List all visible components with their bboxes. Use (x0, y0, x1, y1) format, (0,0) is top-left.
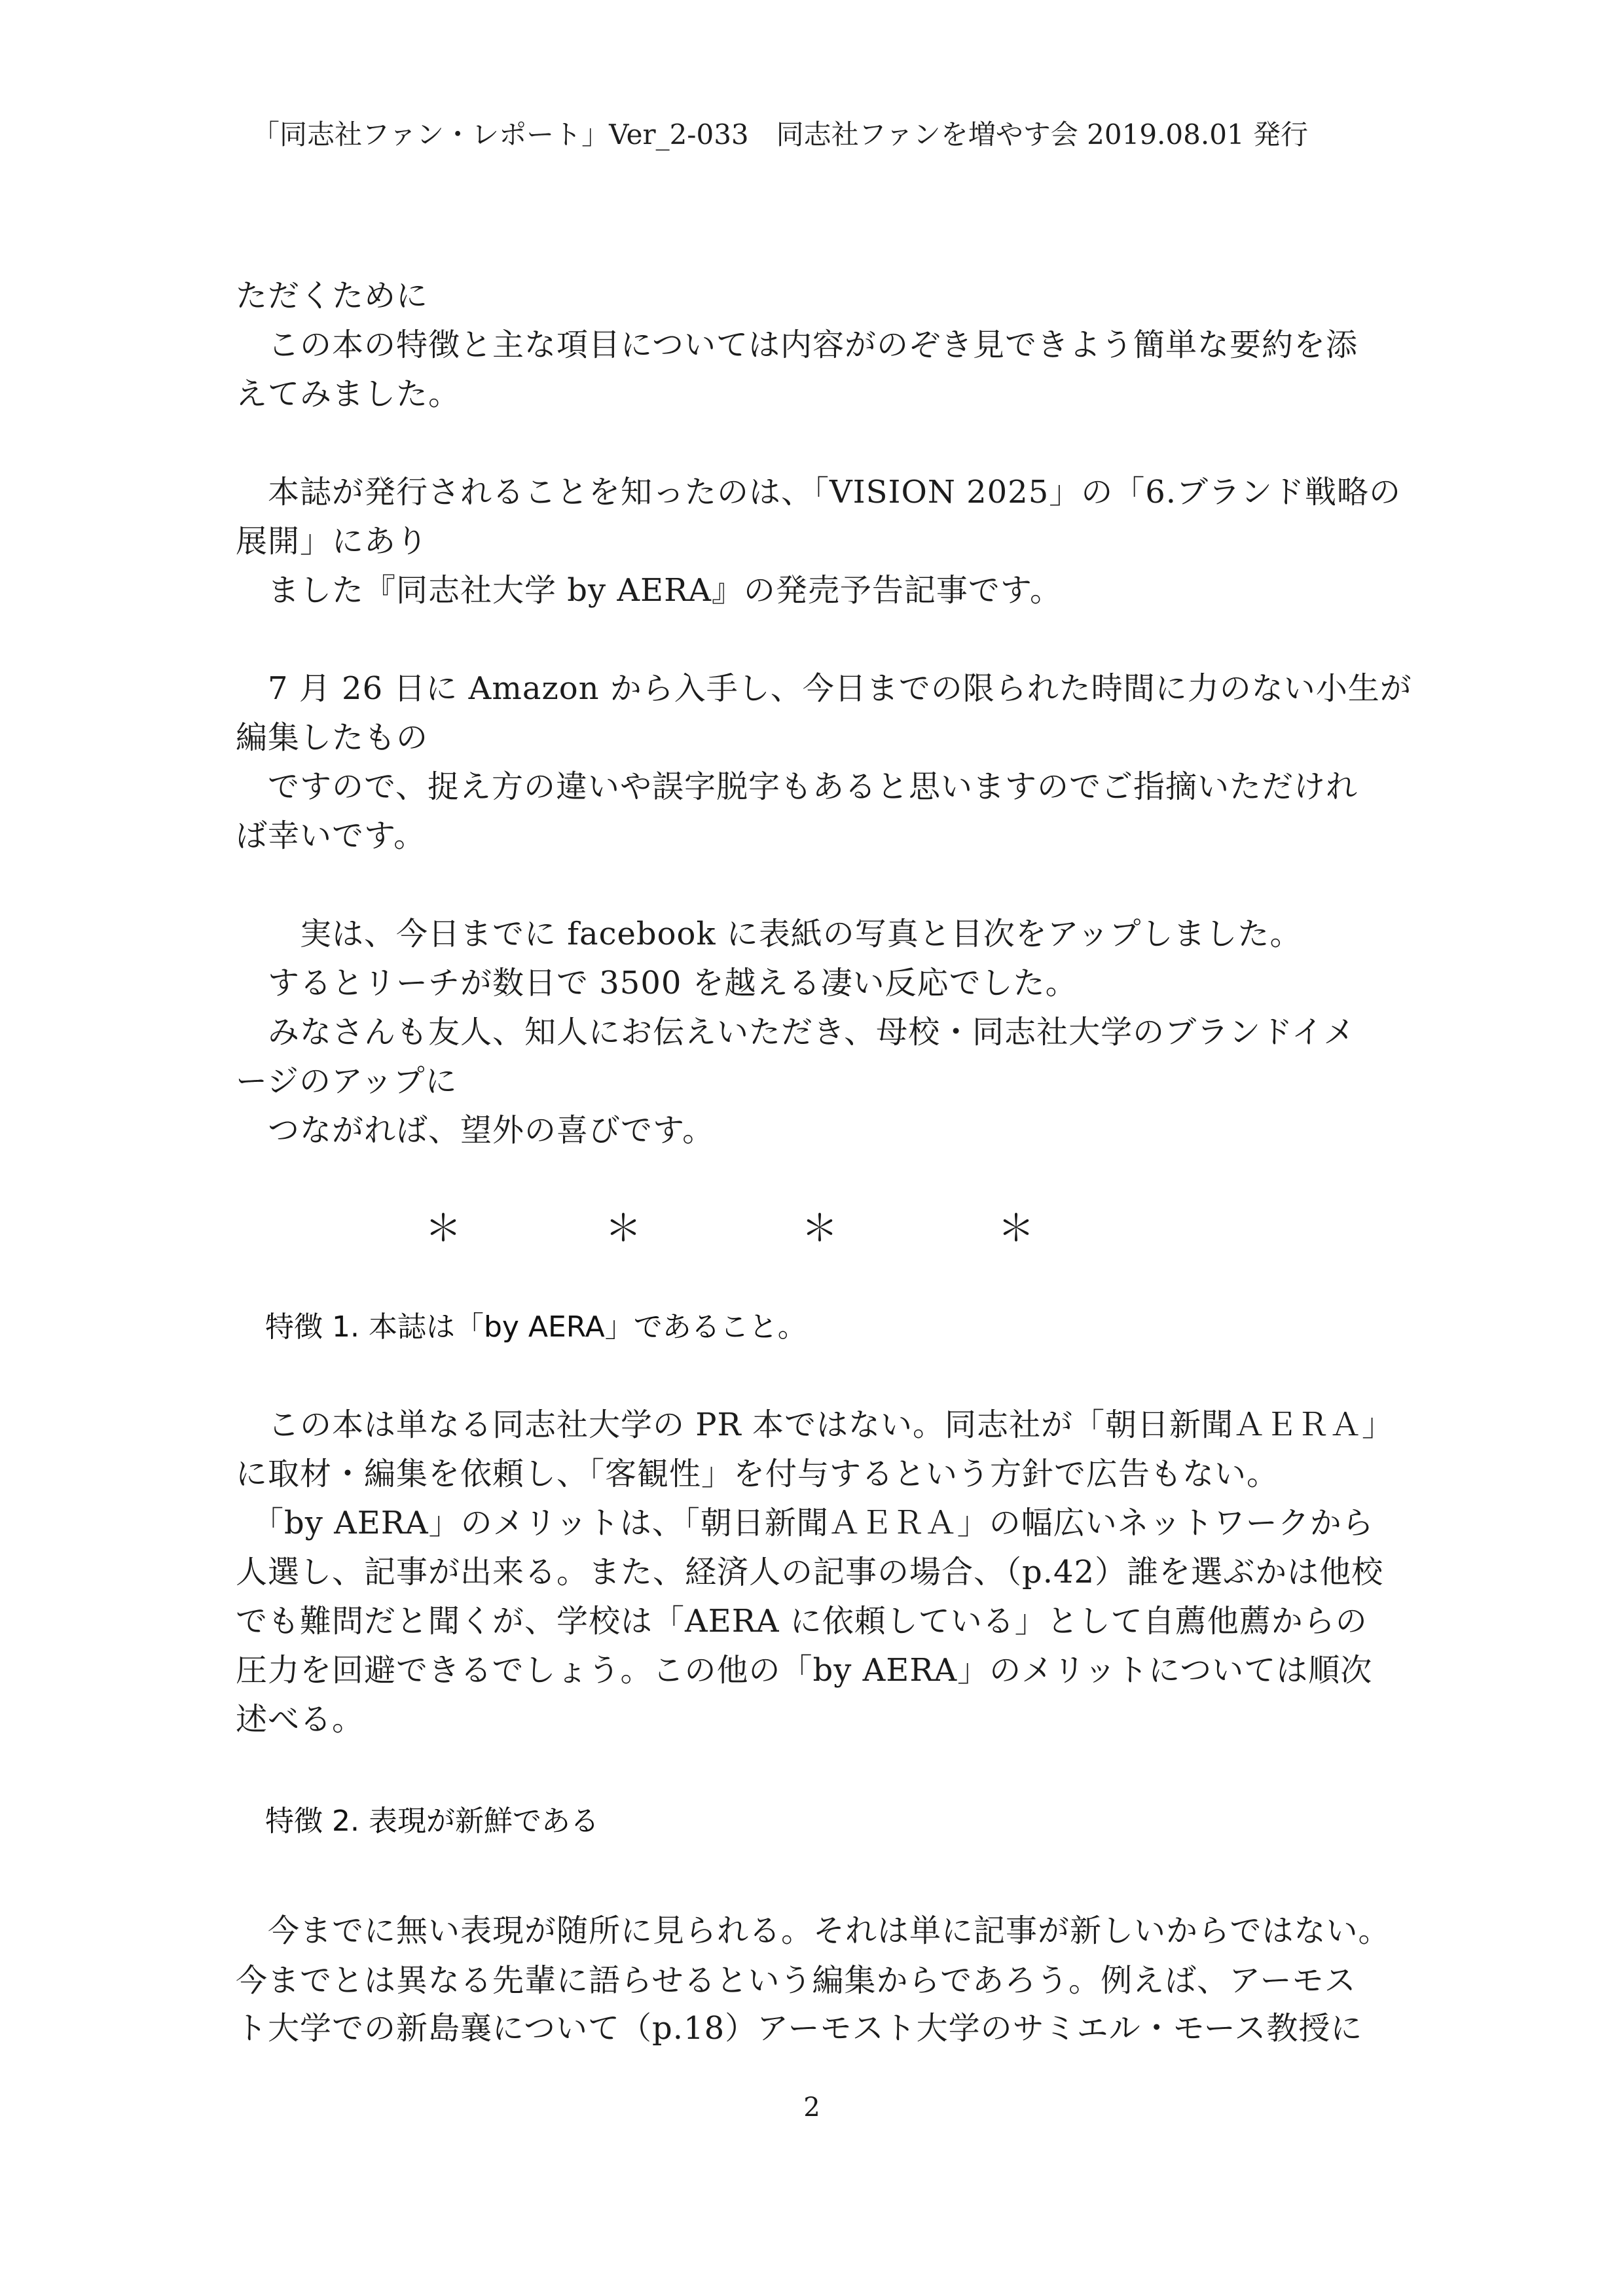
section-heading-feature-2: 特徴 2. 表現が新鮮である (265, 1802, 1424, 1841)
page-number: 2 (792, 2091, 831, 2124)
separator-asterisk: ＊ (996, 1210, 1036, 1249)
feature2-line: 今までとは異なる先輩に語らせるという編集からであろう。例えば、アーモス (236, 1961, 1395, 2000)
intro-line: ました『同志社大学 by AERA』の発売予告記事です。 (236, 571, 1395, 610)
feature1-line: 「by AERA」のメリットは、「朝日新聞ＡＥＲＡ」の幅広いネットワークから (236, 1503, 1395, 1543)
feature1-line: この本は単なる同志社大学の PR 本ではない。同志社が「朝日新聞ＡＥＲＡ」 (236, 1405, 1395, 1444)
intro-line: 展開」にあり (236, 522, 1395, 561)
feature1-line: 述べる。 (236, 1700, 1395, 1739)
feature1-line: 人選し、記事が出来る。また、経済人の記事の場合、（p.42）誰を選ぶかは他校 (236, 1552, 1395, 1592)
intro-line: この本の特徴と主な項目については内容がのぞき見できよう簡単な要約を添 (236, 325, 1395, 365)
intro-line: えてみました。 (236, 374, 1395, 414)
intro-line: 編集したもの (236, 718, 1395, 757)
document-page: 「同志社ファン・レポート」Ver_2-033 同志社ファンを増やす会 2019.… (0, 0, 1623, 2296)
feature2-line: ト大学での新島襄について（p.18）アーモスト大学のサミエル・モース教授に (236, 2009, 1395, 2048)
section-heading-feature-1: 特徴 1. 本誌は「by AERA」であること。 (265, 1308, 1424, 1347)
intro-line: 実は、今日までに facebook に表紙の写真と目次をアップしました。 (236, 914, 1395, 954)
intro-line: ですので、捉え方の違いや誤字脱字もあると思いますのでご指摘いただけれ (236, 767, 1395, 806)
intro-line: するとリーチが数日で 3500 を越える凄い反応でした。 (236, 963, 1395, 1003)
running-header: 「同志社ファン・レポート」Ver_2-033 同志社ファンを増やす会 2019.… (252, 117, 1308, 153)
intro-line: ば幸いです。 (236, 816, 1395, 855)
intro-line: 7 月 26 日に Amazon から入手し、今日までの限られた時間に力のない小… (236, 669, 1395, 708)
feature1-line: 圧力を回避できるでしょう。この他の「by AERA」のメリットについては順次 (236, 1651, 1395, 1690)
intro-line: つながれば、望外の喜びです。 (236, 1111, 1395, 1150)
feature1-line: に取材・編集を依頼し、「客観性」を付与するという方針で広告もない。 (236, 1454, 1395, 1494)
intro-line: みなさんも友人、知人にお伝えいただき、母校・同志社大学のブランドイメ (236, 1013, 1395, 1052)
intro-line: 本誌が発行されることを知ったのは、「VISION 2025」の「6.ブランド戦略… (236, 473, 1395, 512)
feature1-line: でも難問だと聞くが、学校は「AERA に依頼している」として自薦他薦からの (236, 1602, 1395, 1641)
separator-asterisk: ＊ (424, 1210, 463, 1249)
separator-asterisk: ＊ (800, 1210, 839, 1249)
feature2-line: 今までに無い表現が随所に見られる。それは単に記事が新しいからではない。 (236, 1911, 1395, 1950)
intro-line: ただくために (236, 276, 1395, 315)
intro-line: ージのアップに (236, 1062, 1395, 1101)
separator-asterisk: ＊ (604, 1210, 643, 1249)
